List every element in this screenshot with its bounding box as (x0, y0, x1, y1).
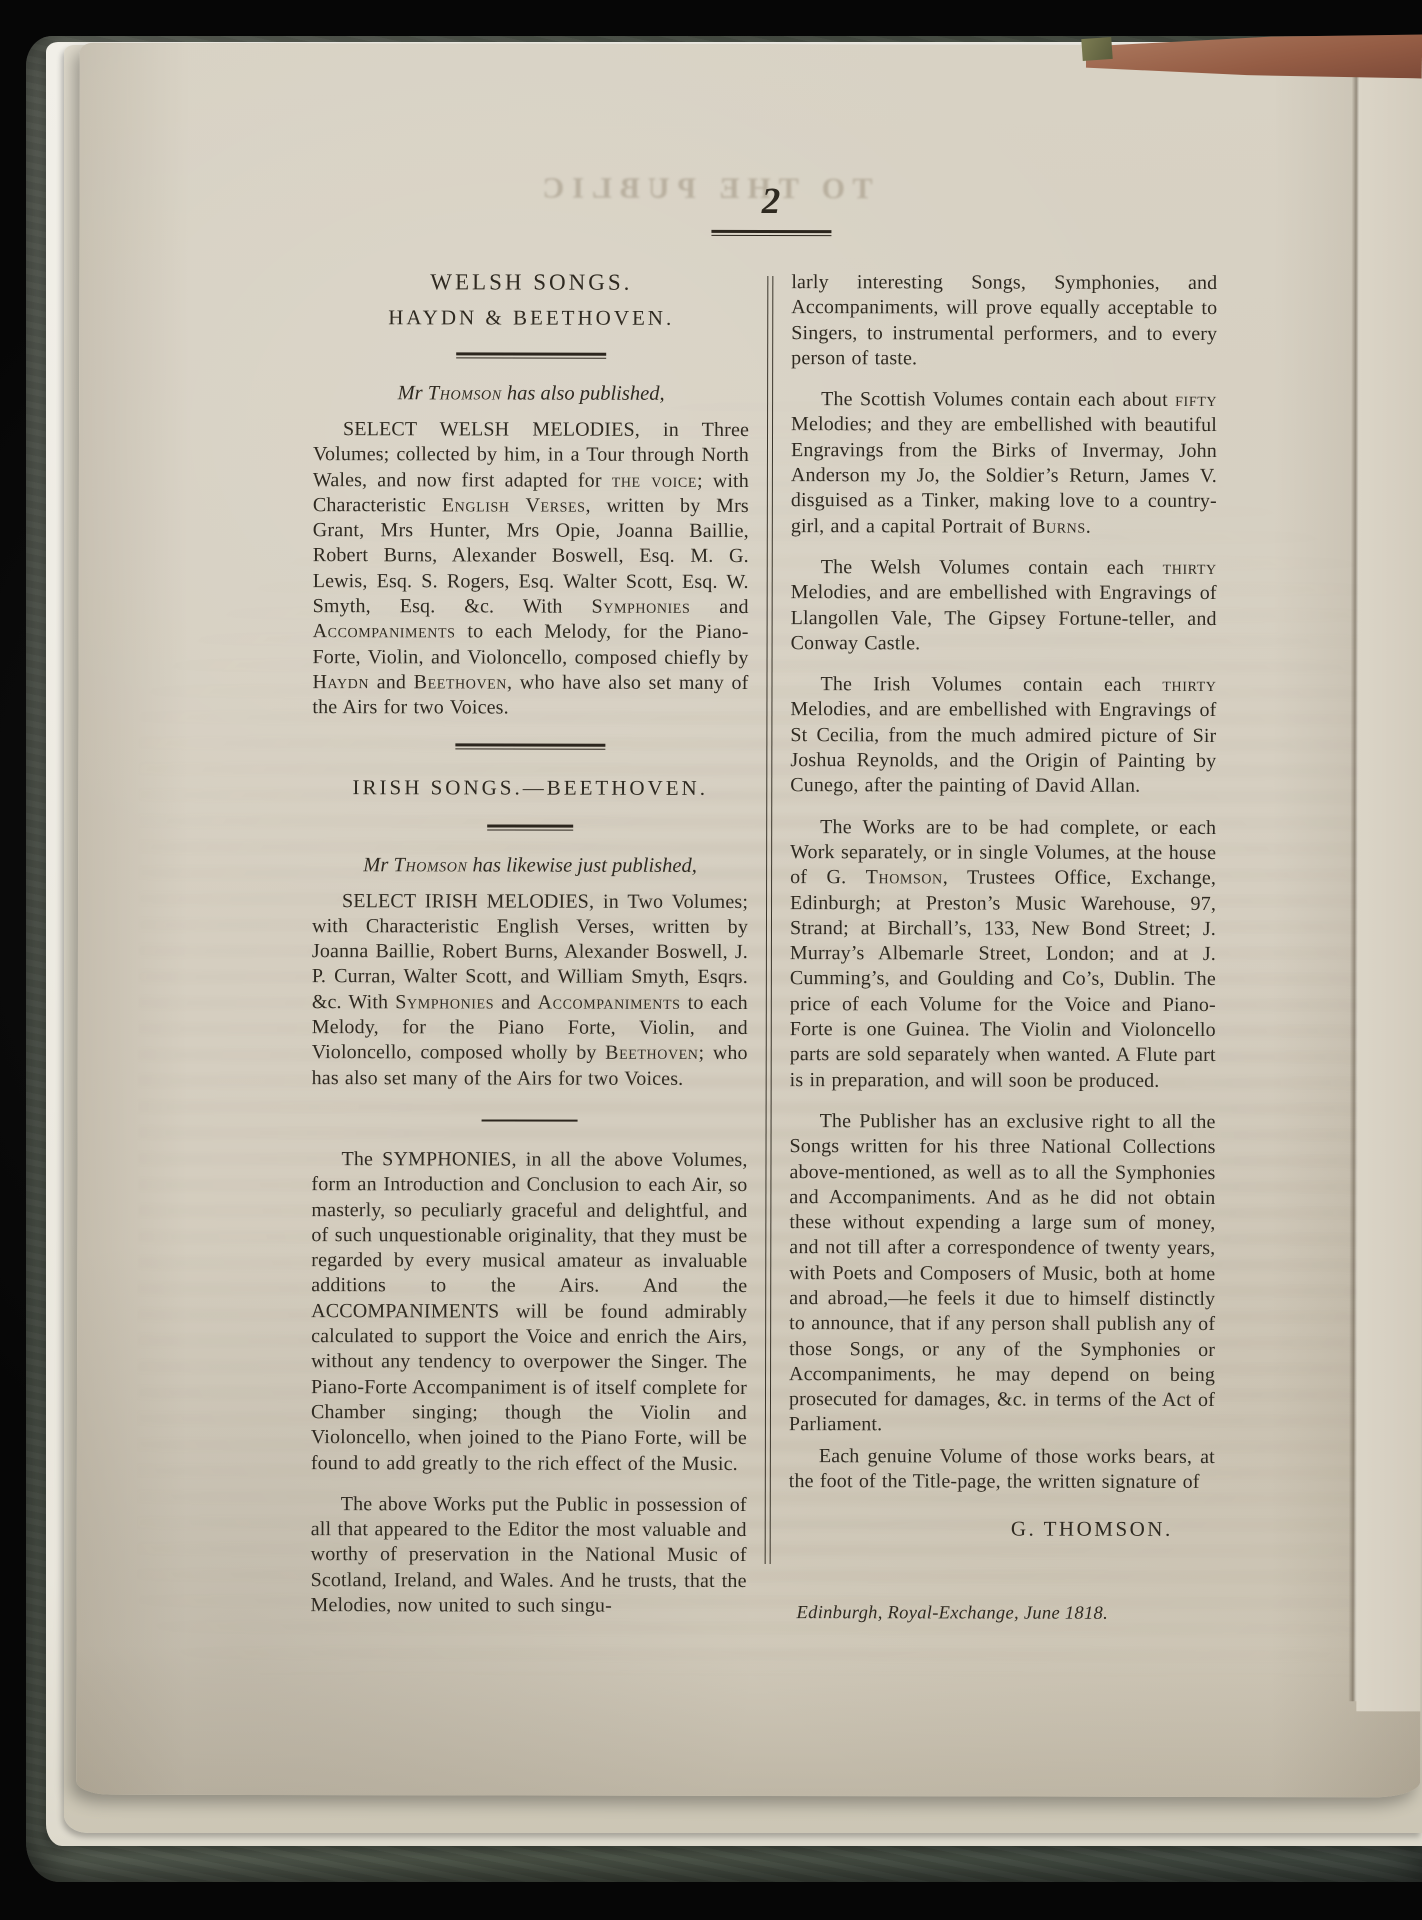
scottish-volumes-paragraph: The Scottish Volumes contain each about … (791, 387, 1217, 540)
welsh-intro-line: Mr Thomson has also published, (313, 382, 749, 406)
left-column: WELSH SONGS. HAYDN & BEETHOVEN. Mr Thoms… (311, 269, 750, 1624)
signature-name: G. THOMSON. (789, 1516, 1215, 1542)
book-page: TO THE PUBLIC 2 WELSH SONGS. HAYDN & BEE… (76, 43, 1422, 1798)
irish-melodies-paragraph: SELECT IRISH MELODIES, in Two Volumes; w… (312, 889, 748, 1092)
heading-rule (456, 352, 606, 358)
marbled-board-edge (1081, 37, 1112, 61)
irish-heading-rule (487, 824, 573, 830)
symphonies-paragraph: The SYMPHONIES, in all the above Volumes… (311, 1147, 748, 1477)
irish-songs-heading: IRISH SONGS.—BEETHOVEN. (312, 775, 748, 801)
page-number: 2 (313, 179, 1229, 224)
text-columns: WELSH SONGS. HAYDN & BEETHOVEN. Mr Thoms… (311, 269, 1230, 1625)
section-rule (455, 743, 605, 749)
signature-paragraph: Each genuine Volume of those works bears… (789, 1444, 1215, 1495)
welsh-melodies-paragraph: SELECT WELSH MELODIES, in Three Volumes;… (312, 417, 749, 721)
works-paragraph: The above Works put the Public in posses… (311, 1492, 747, 1619)
page-number-rule (711, 230, 831, 236)
availability-paragraph: The Works are to be had complete, or eac… (790, 815, 1217, 1094)
right-column: larly interesting Songs, Symphonies, and… (789, 270, 1218, 1625)
irish-volumes-paragraph: The Irish Volumes contain each thirty Me… (790, 672, 1216, 799)
welsh-volumes-paragraph: The Welsh Volumes contain each thirty Me… (791, 555, 1217, 657)
copyright-paragraph: The Publisher has an exclusive right to … (789, 1109, 1216, 1439)
welsh-songs-heading: WELSH SONGS. (313, 269, 749, 296)
gutter-right-page (1356, 55, 1422, 1711)
continuation-paragraph: larly interesting Songs, Symphonies, and… (791, 270, 1217, 372)
haydn-beethoven-heading: HAYDN & BEETHOVEN. (313, 305, 749, 331)
symphonies-rule (482, 1119, 578, 1121)
column-divider-rule (765, 276, 774, 1564)
imprint-line: Edinburgh, Royal-Exchange, June 1818. (789, 1603, 1215, 1625)
irish-intro-line: Mr Thomson has likewise just published, (312, 854, 748, 878)
printed-text-block: TO THE PUBLIC 2 WELSH SONGS. HAYDN & BEE… (311, 145, 1230, 1625)
